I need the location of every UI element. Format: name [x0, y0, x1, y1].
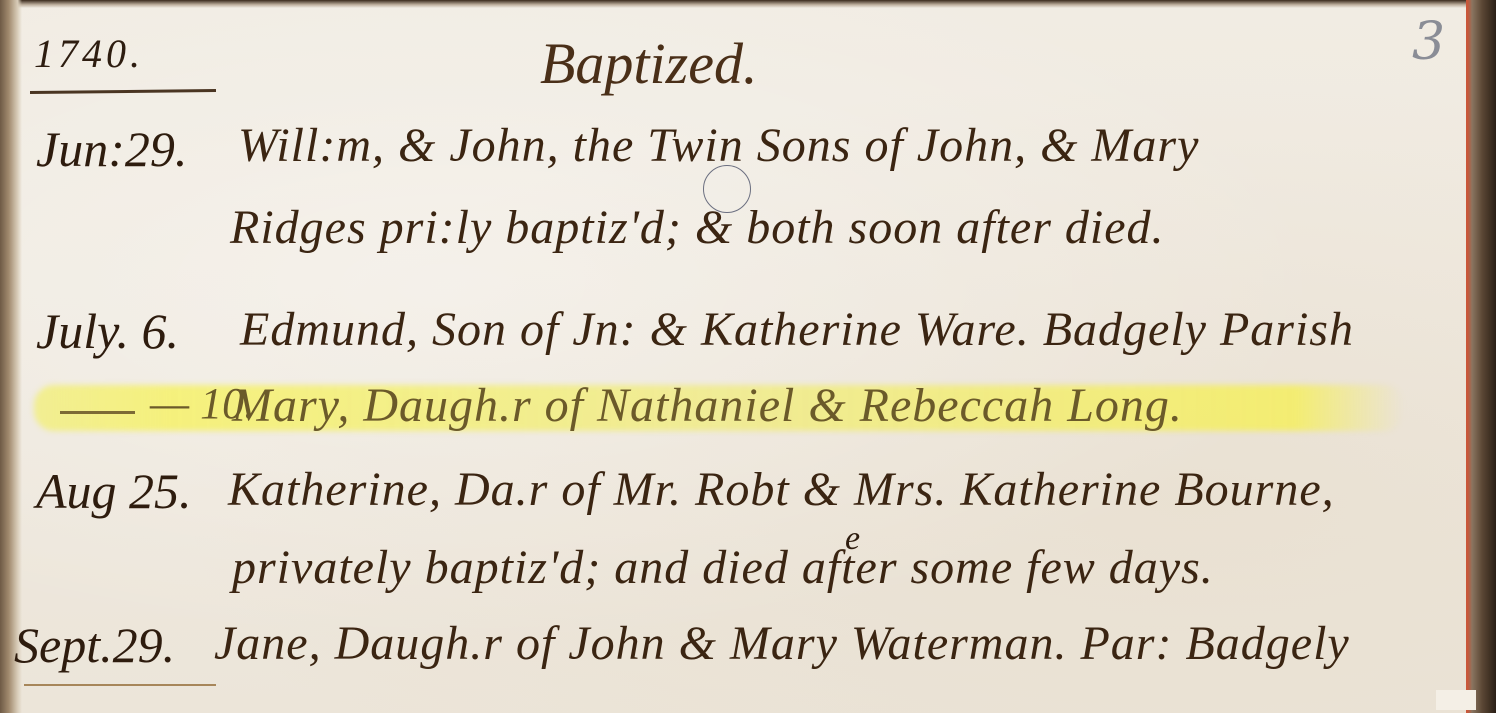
entry-line-highlighted: Mary, Daugh.r of Nathaniel & Rebeccah Lo… — [232, 378, 1183, 433]
entry-line: privately baptiz'd; and died after some … — [232, 540, 1214, 595]
entry-date: July. 6. — [36, 302, 179, 360]
page-right-edge — [1466, 0, 1496, 713]
binding-gutter — [0, 0, 22, 713]
entry-line: Jane, Daugh.r of John & Mary Waterman. P… — [214, 616, 1350, 671]
entry-date: Jun:29. — [36, 120, 187, 178]
entry-date: Sept.29. — [14, 616, 175, 674]
entry-line: Katherine, Da.r of Mr. Robt & Mrs. Kathe… — [228, 462, 1335, 517]
entry-line: Ridges pri:ly baptiz'd; & both soon afte… — [230, 200, 1165, 255]
closing-rule — [24, 684, 216, 686]
year-heading: 1740. — [34, 30, 144, 77]
folio-number: 3 — [1412, 12, 1445, 72]
entry-line: Will:m, & John, the Twin Sons of John, &… — [238, 118, 1199, 173]
ditto-dash — [60, 411, 135, 414]
paper-patch — [1436, 690, 1476, 710]
cursor-ring-icon — [703, 165, 751, 213]
page-title: Baptized. — [540, 30, 757, 97]
page-top-edge — [0, 0, 1496, 8]
entry-line: Edmund, Son of Jn: & Katherine Ware. Bad… — [240, 302, 1354, 357]
entry-date: Aug 25. — [36, 462, 192, 520]
year-underline — [30, 89, 216, 94]
manuscript-page: 3 1740. Baptized. Jun:29. Will:m, & John… — [0, 0, 1496, 713]
